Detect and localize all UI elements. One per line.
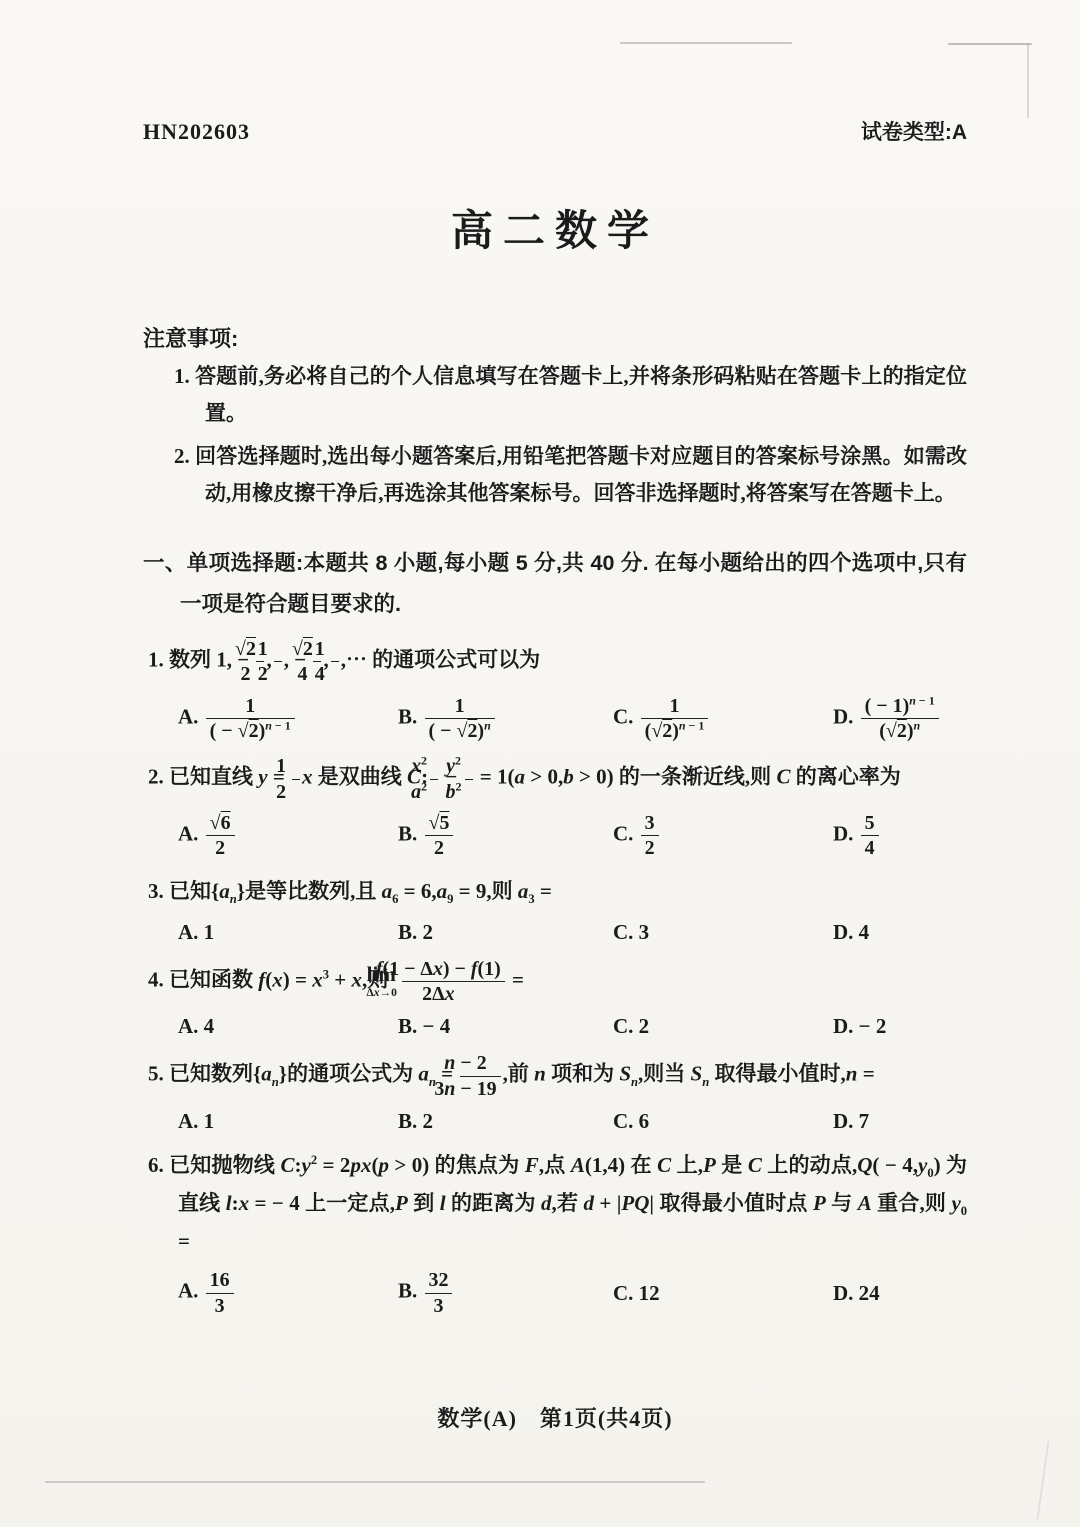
question-2-option-d: D. 54 bbox=[833, 812, 967, 860]
question-1-option-b: B. 1( − √2)n bbox=[398, 695, 613, 743]
question-1-option-c: C. 1(√2)n − 1 bbox=[613, 695, 833, 743]
notice-item-2: 2. 回答选择题时,选出每小题答案后,用铅笔把答题卡对应题目的答案标号涂黑。如需… bbox=[143, 438, 967, 513]
section-1-heading: 一、单项选择题:本题共 8 小题,每小题 5 分,共 40 分. 在每小题给出的… bbox=[143, 543, 967, 626]
question-5-option-d: D. 7 bbox=[833, 1109, 967, 1134]
question-2-stem: 2. 已知直线 y = 12x 是双曲线 C:x2a2 − y2b2 = 1(a… bbox=[143, 755, 967, 803]
question-3-option-d: D. 4 bbox=[833, 920, 967, 945]
question-6-options: A. 163 B. 323 C. 12 D. 24 bbox=[143, 1269, 967, 1317]
question-3-stem: 3. 已知{an}是等比数列,且 a6 = 6,a9 = 9,则 a3 = bbox=[143, 873, 967, 911]
notice-heading: 注意事项: bbox=[143, 322, 967, 353]
question-2-option-c: C. 32 bbox=[613, 812, 833, 860]
notice-section: 注意事项: 1. 答题前,务必将自己的个人信息填写在答题卡上,并将条形码粘贴在答… bbox=[143, 322, 967, 513]
question-6-option-c: C. 12 bbox=[613, 1281, 833, 1306]
question-2-option-b: B. √52 bbox=[398, 812, 613, 860]
paper-code: HN202603 bbox=[143, 119, 250, 145]
question-3-option-a: A. 1 bbox=[178, 920, 398, 945]
question-3-option-b: B. 2 bbox=[398, 920, 613, 945]
question-5-options: A. 1 B. 2 C. 6 D. 7 bbox=[143, 1109, 967, 1134]
question-5-option-b: B. 2 bbox=[398, 1109, 613, 1134]
question-5-option-c: C. 6 bbox=[613, 1109, 833, 1134]
question-1-options: A. 1( − √2)n − 1 B. 1( − √2)n C. 1(√2)n … bbox=[143, 695, 967, 743]
question-4-option-d: D. − 2 bbox=[833, 1014, 967, 1039]
question-4-option-c: C. 2 bbox=[613, 1014, 833, 1039]
page-header: HN202603 试卷类型:A bbox=[143, 0, 967, 146]
page-footer: 数学(A) 第1页(共4页) bbox=[143, 1402, 967, 1433]
scan-artifact-line bbox=[948, 43, 1032, 45]
question-1-stem: 1. 数列 1, − √22,12, − √24,14,⋯ 的通项公式可以为 bbox=[143, 638, 967, 686]
question-2-option-a: A. √62 bbox=[178, 812, 398, 860]
question-6-option-d: D. 24 bbox=[833, 1281, 967, 1306]
question-3: 3. 已知{an}是等比数列,且 a6 = 6,a9 = 9,则 a3 = A.… bbox=[143, 873, 967, 945]
question-5-stem: 5. 已知数列{an}的通项公式为 an = n − 23n − 19,前 n … bbox=[143, 1052, 967, 1100]
question-4-options: A. 4 B. − 4 C. 2 D. − 2 bbox=[143, 1014, 967, 1039]
question-5-option-a: A. 1 bbox=[178, 1109, 398, 1134]
question-1-option-a: A. 1( − √2)n − 1 bbox=[178, 695, 398, 743]
question-4-stem: 4. 已知函数 f(x) = x3 + x,则 limΔx→0f(1 − Δx)… bbox=[143, 958, 967, 1006]
scan-artifact-line bbox=[620, 42, 792, 44]
question-4: 4. 已知函数 f(x) = x3 + x,则 limΔx→0f(1 − Δx)… bbox=[143, 958, 967, 1040]
notice-item-1: 1. 答题前,务必将自己的个人信息填写在答题卡上,并将条形码粘贴在答题卡上的指定… bbox=[143, 358, 967, 433]
scan-artifact-line bbox=[1036, 1440, 1049, 1519]
question-2: 2. 已知直线 y = 12x 是双曲线 C:x2a2 − y2b2 = 1(a… bbox=[143, 755, 967, 859]
page-content: HN202603 试卷类型:A 高二数学 注意事项: 1. 答题前,务必将自己的… bbox=[0, 0, 1080, 1317]
question-5: 5. 已知数列{an}的通项公式为 an = n − 23n − 19,前 n … bbox=[143, 1052, 967, 1134]
question-6: 6. 已知抛物线 C:y2 = 2px(p > 0) 的焦点为 F,点 A(1,… bbox=[143, 1147, 967, 1317]
question-1-option-d: D. ( − 1)n − 1(√2)n bbox=[833, 695, 967, 743]
page-title: 高二数学 bbox=[143, 198, 967, 258]
question-3-options: A. 1 B. 2 C. 3 D. 4 bbox=[143, 920, 967, 945]
question-1: 1. 数列 1, − √22,12, − √24,14,⋯ 的通项公式可以为 A… bbox=[143, 638, 967, 742]
exam-paper-page: HN202603 试卷类型:A 高二数学 注意事项: 1. 答题前,务必将自己的… bbox=[0, 0, 1080, 1527]
question-3-option-c: C. 3 bbox=[613, 920, 833, 945]
question-2-options: A. √62 B. √52 C. 32 D. 54 bbox=[143, 812, 967, 860]
question-4-option-b: B. − 4 bbox=[398, 1014, 613, 1039]
question-6-option-a: A. 163 bbox=[178, 1269, 398, 1317]
question-4-option-a: A. 4 bbox=[178, 1014, 398, 1039]
scan-artifact-line bbox=[45, 1481, 705, 1483]
scan-artifact-line bbox=[1027, 44, 1029, 118]
paper-type-label: 试卷类型:A bbox=[861, 116, 967, 146]
question-6-option-b: B. 323 bbox=[398, 1269, 613, 1317]
question-6-stem: 6. 已知抛物线 C:y2 = 2px(p > 0) 的焦点为 F,点 A(1,… bbox=[143, 1147, 967, 1260]
